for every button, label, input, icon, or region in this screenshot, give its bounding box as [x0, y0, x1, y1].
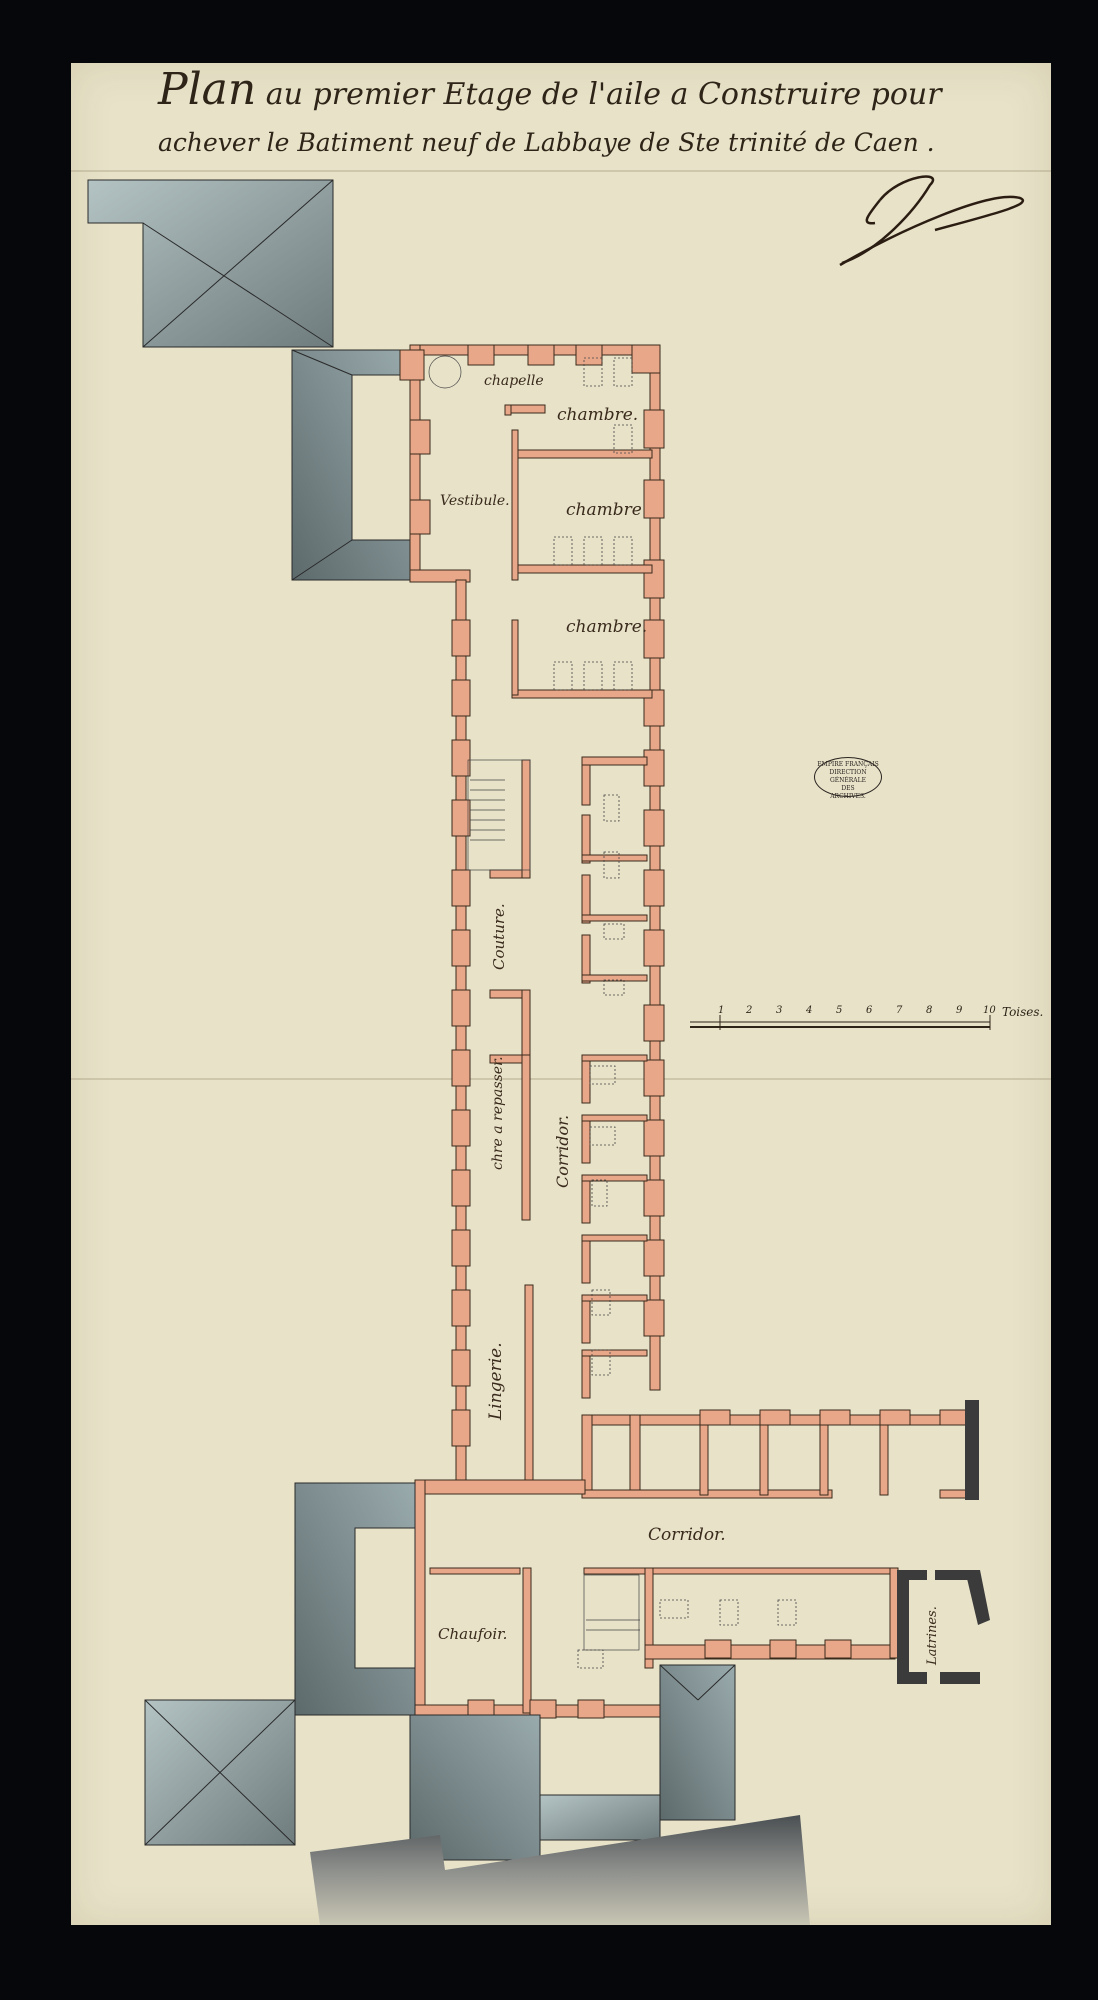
- archives-stamp: EMPIRE FRANÇAIS DIRECTION GÉNÉRALE DES A…: [814, 757, 882, 797]
- new-wing-walls: [400, 345, 972, 1718]
- room-label-chauffoir: Chaufoir.: [438, 1625, 507, 1643]
- room-label-corridor-main: Corridor.: [553, 1115, 572, 1188]
- existing-walls-dark: [897, 1400, 990, 1684]
- room-label-couture: Couture.: [490, 903, 508, 970]
- room-label-chambre-1: chambre.: [557, 405, 638, 425]
- room-label-chambre-3: chambre.: [566, 617, 647, 637]
- scale-bar: [690, 1015, 990, 1030]
- room-label-chapelle: chapelle: [484, 373, 544, 389]
- room-label-chambre-2: chambre: [566, 500, 642, 520]
- room-label-vestibule: Vestibule.: [440, 493, 510, 509]
- existing-roof-top-left: [88, 180, 412, 580]
- signature-flourish: [840, 177, 1023, 265]
- room-label-lingerie: Lingerie.: [486, 1342, 506, 1420]
- floor-plan-drawing: [0, 0, 1098, 2000]
- room-label-corridor-lower: Corridor.: [648, 1525, 726, 1545]
- room-label-chambre-a-repasser: chre a repasser.: [490, 1056, 506, 1170]
- room-label-latrines: Latrines.: [925, 1606, 940, 1665]
